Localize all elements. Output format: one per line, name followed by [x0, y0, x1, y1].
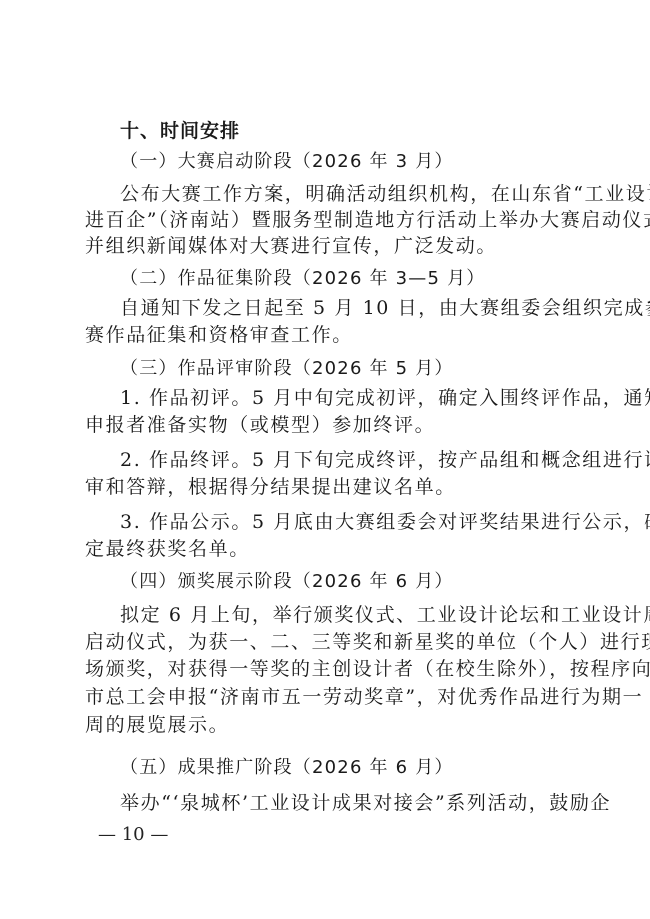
section-title: 十、时间安排 [120, 117, 567, 145]
document-page: 十、时间安排 （一）大赛启动阶段（2026 年 3 月） 公布大赛工作方案，明确… [0, 0, 650, 919]
paragraph-line: 市总工会申报“济南市五一劳动奖章”，对优秀作品进行为期一 [85, 683, 567, 711]
paragraph-line: 公布大赛工作方案，明确活动组织机构，在山东省“工业设计 [120, 180, 567, 208]
paragraph-line: 拟定 6 月上旬，举行颁奖仪式、工业设计论坛和工业设计周 [120, 601, 567, 629]
paragraph-line: 赛作品征集和资格审查工作。 [85, 321, 567, 349]
page-number: — 10 — [98, 822, 168, 848]
paragraph-line: 3. 作品公示。5 月底由大赛组委会对评奖结果进行公示，确 [120, 508, 567, 536]
paragraph-line: 举办“‘泉城杯’工业设计成果对接会”系列活动，鼓励企 [120, 789, 567, 817]
paragraph-line: 2. 作品终评。5 月下旬完成终评，按产品组和概念组进行评 [120, 446, 567, 474]
stage-3-heading: （三）作品评审阶段（2026 年 5 月） [120, 355, 567, 383]
paragraph-line: 并组织新闻媒体对大赛进行宣传，广泛发动。 [85, 232, 567, 260]
stage-4-heading: （四）颁奖展示阶段（2026 年 6 月） [120, 568, 567, 596]
paragraph-line: 申报者准备实物（或模型）参加终评。 [85, 411, 567, 439]
stage-5-heading: （五）成果推广阶段（2026 年 6 月） [120, 754, 567, 782]
paragraph-line: 审和答辩，根据得分结果提出建议名单。 [85, 473, 567, 501]
paragraph-line: 启动仪式，为获一、二、三等奖和新星奖的单位（个人）进行现 [85, 628, 567, 656]
stage-2-heading: （二）作品征集阶段（2026 年 3—5 月） [120, 265, 567, 293]
paragraph-line: 定最终获奖名单。 [85, 535, 567, 563]
paragraph-line: 1. 作品初评。5 月中旬完成初评，确定入围终评作品，通知 [120, 384, 567, 412]
paragraph-line: 自通知下发之日起至 5 月 10 日，由大赛组委会组织完成参 [120, 294, 567, 322]
paragraph-line: 周的展览展示。 [85, 711, 567, 739]
stage-1-heading: （一）大赛启动阶段（2026 年 3 月） [120, 148, 567, 176]
paragraph-line: 进百企”（济南站）暨服务型制造地方行活动上举办大赛启动仪式， [85, 206, 567, 234]
paragraph-line: 场颁奖，对获得一等奖的主创设计者（在校生除外），按程序向 [85, 655, 567, 683]
